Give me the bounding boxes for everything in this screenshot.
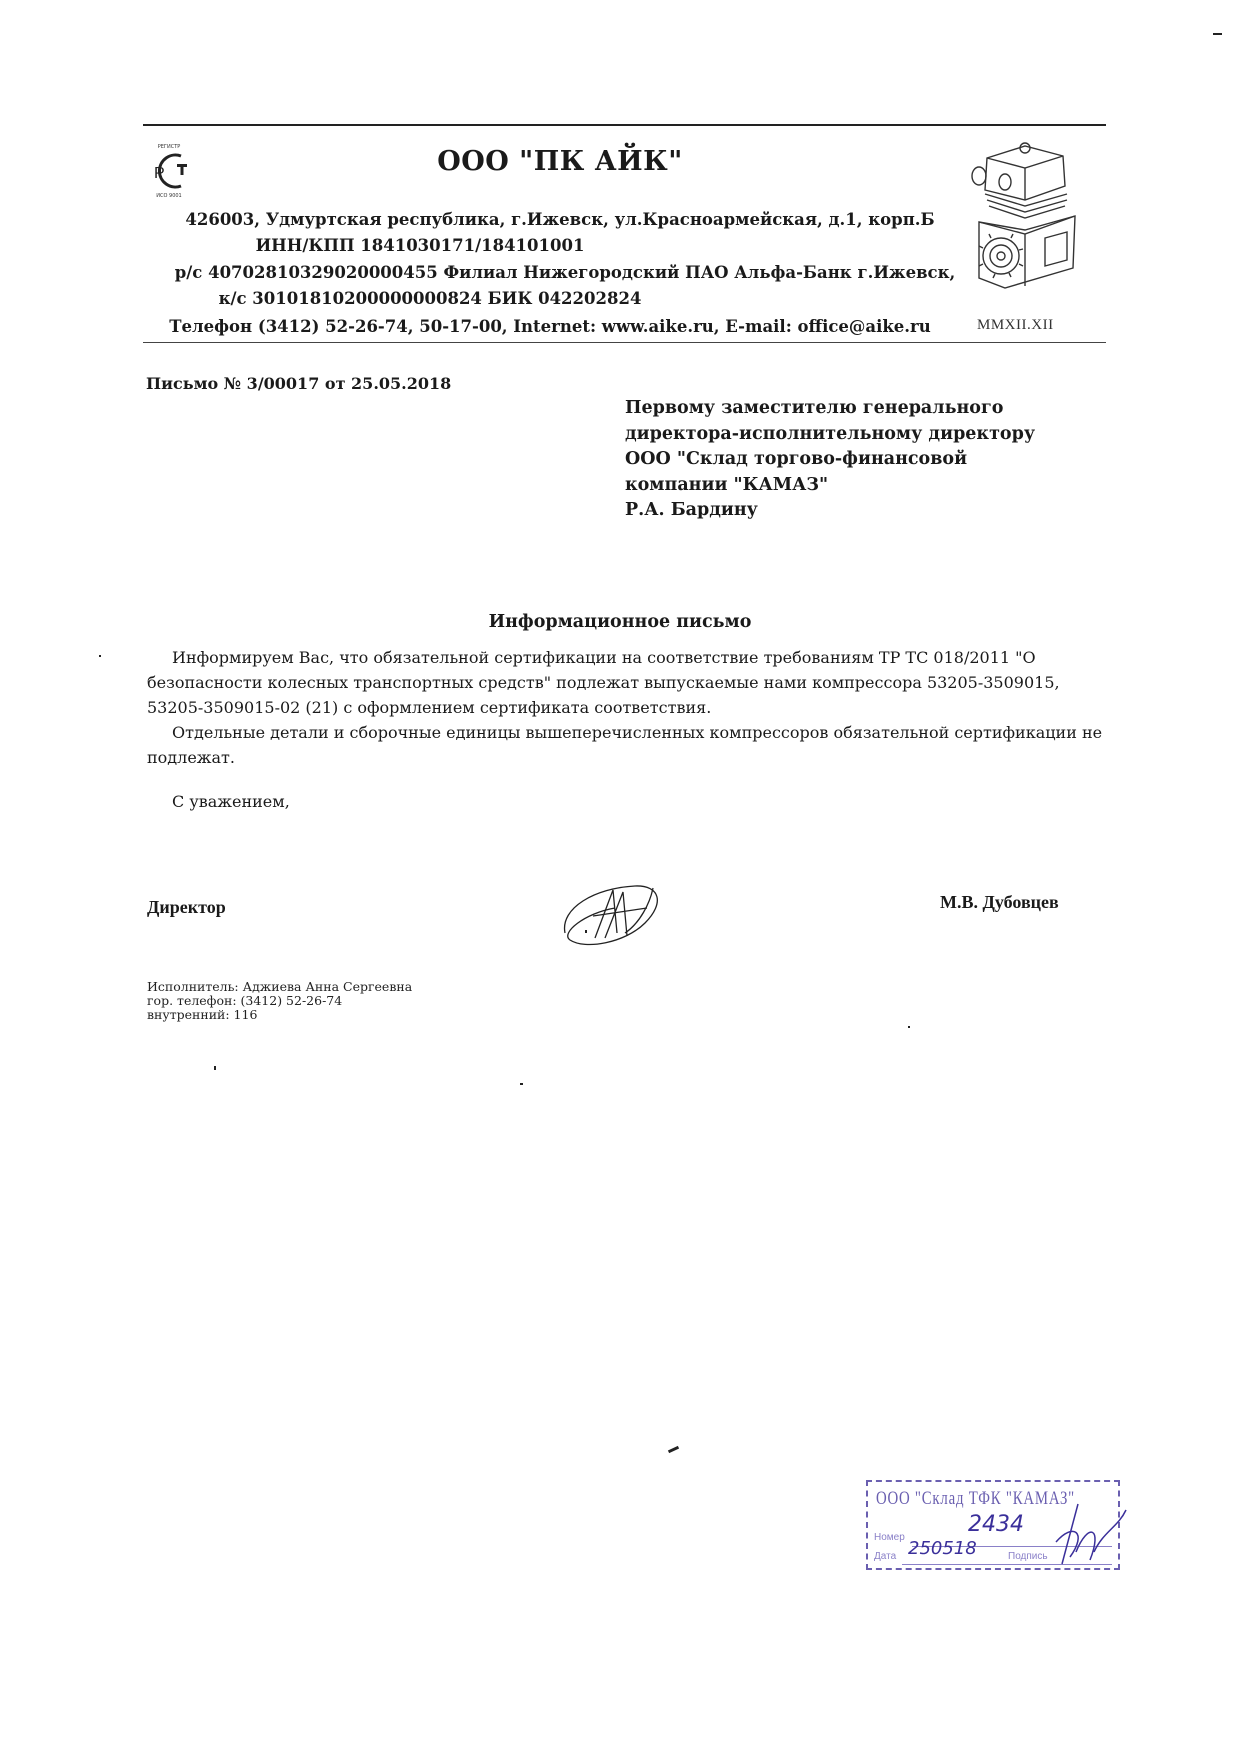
stamp-signature-icon xyxy=(1048,1502,1128,1572)
stamp-number-label: Номер xyxy=(874,1532,905,1543)
body-paragraph: Информируем Вас, что обязательной сертиф… xyxy=(147,645,1107,720)
company-inn-kpp: ИНН/КПП 1841030171/184101001 xyxy=(160,236,680,255)
letter-body: Информируем Вас, что обязательной сертиф… xyxy=(147,645,1107,770)
addressee-line: директора-исполнительному директору xyxy=(625,422,1035,448)
stamp-date-label: Дата xyxy=(874,1551,896,1562)
body-paragraph: Отдельные детали и сборочные единицы выш… xyxy=(147,720,1107,770)
signer-role: Директор xyxy=(147,897,226,918)
scan-speck xyxy=(99,655,101,657)
air-compressor-drawing-icon xyxy=(965,138,1085,300)
executor-info: Исполнитель: Аджиева Анна Сергеевна гор.… xyxy=(147,980,412,1022)
company-name: ООО "ПК АЙК" xyxy=(330,146,790,177)
svg-text:ИСО 9001: ИСО 9001 xyxy=(156,193,181,199)
executor-phone: гор. телефон: (3412) 52-26-74 xyxy=(147,994,412,1008)
document-title: Информационное письмо xyxy=(420,612,820,632)
stamp-organization: ООО "Склад ТФК "КАМАЗ" xyxy=(876,1488,1075,1510)
scan-speck xyxy=(585,930,587,933)
letter-number: Письмо № 3/00017 от 25.05.2018 xyxy=(146,374,451,393)
receipt-stamp: ООО "Склад ТФК "КАМАЗ" Номер 2434 Дата 2… xyxy=(866,1480,1120,1570)
addressee-block: Первому заместителю генерального директо… xyxy=(625,396,1035,524)
rst-certification-logo-icon: РЕГИСТР P ИСО 9001 xyxy=(143,140,195,200)
company-contacts: Телефон (3412) 52-26-74, 50-17-00, Inter… xyxy=(140,317,960,336)
company-bank-account: р/с 40702810329020000455 Филиал Нижегоро… xyxy=(155,263,975,282)
addressee-line: ООО "Склад торгово-финансовой xyxy=(625,447,1035,473)
svg-text:РЕГИСТР: РЕГИСТР xyxy=(158,144,181,150)
letterhead-bottom-rule xyxy=(143,342,1106,343)
letterhead-roman-date: MMXII.XII xyxy=(977,317,1054,334)
company-address: 426003, Удмуртская республика, г.Ижевск,… xyxy=(160,210,960,229)
stamp-date-value: 250518 xyxy=(908,1538,977,1559)
stamp-signature-label: Подпись xyxy=(1008,1551,1048,1562)
handwritten-signature-icon xyxy=(555,878,675,958)
company-corr-account: к/с 30101810200000000824 БИК 042202824 xyxy=(160,289,700,308)
closing-phrase: С уважением, xyxy=(172,792,290,811)
scan-mark xyxy=(1213,33,1222,35)
scan-speck xyxy=(668,1446,679,1453)
stamp-number-value: 2434 xyxy=(968,1512,1024,1537)
executor-extension: внутренний: 116 xyxy=(147,1008,412,1022)
addressee-line: компании "КАМАЗ" xyxy=(625,473,1035,499)
signer-name: М.В. Дубовцев xyxy=(940,892,1059,913)
addressee-line: Р.А. Бардину xyxy=(625,498,1035,524)
scan-speck xyxy=(908,1026,910,1028)
svg-text:P: P xyxy=(154,165,165,182)
scan-speck xyxy=(520,1083,523,1085)
addressee-line: Первому заместителю генерального xyxy=(625,396,1035,422)
executor-name: Исполнитель: Аджиева Анна Сергеевна xyxy=(147,980,412,994)
scan-speck xyxy=(214,1066,216,1070)
letterhead-top-rule xyxy=(143,124,1106,126)
